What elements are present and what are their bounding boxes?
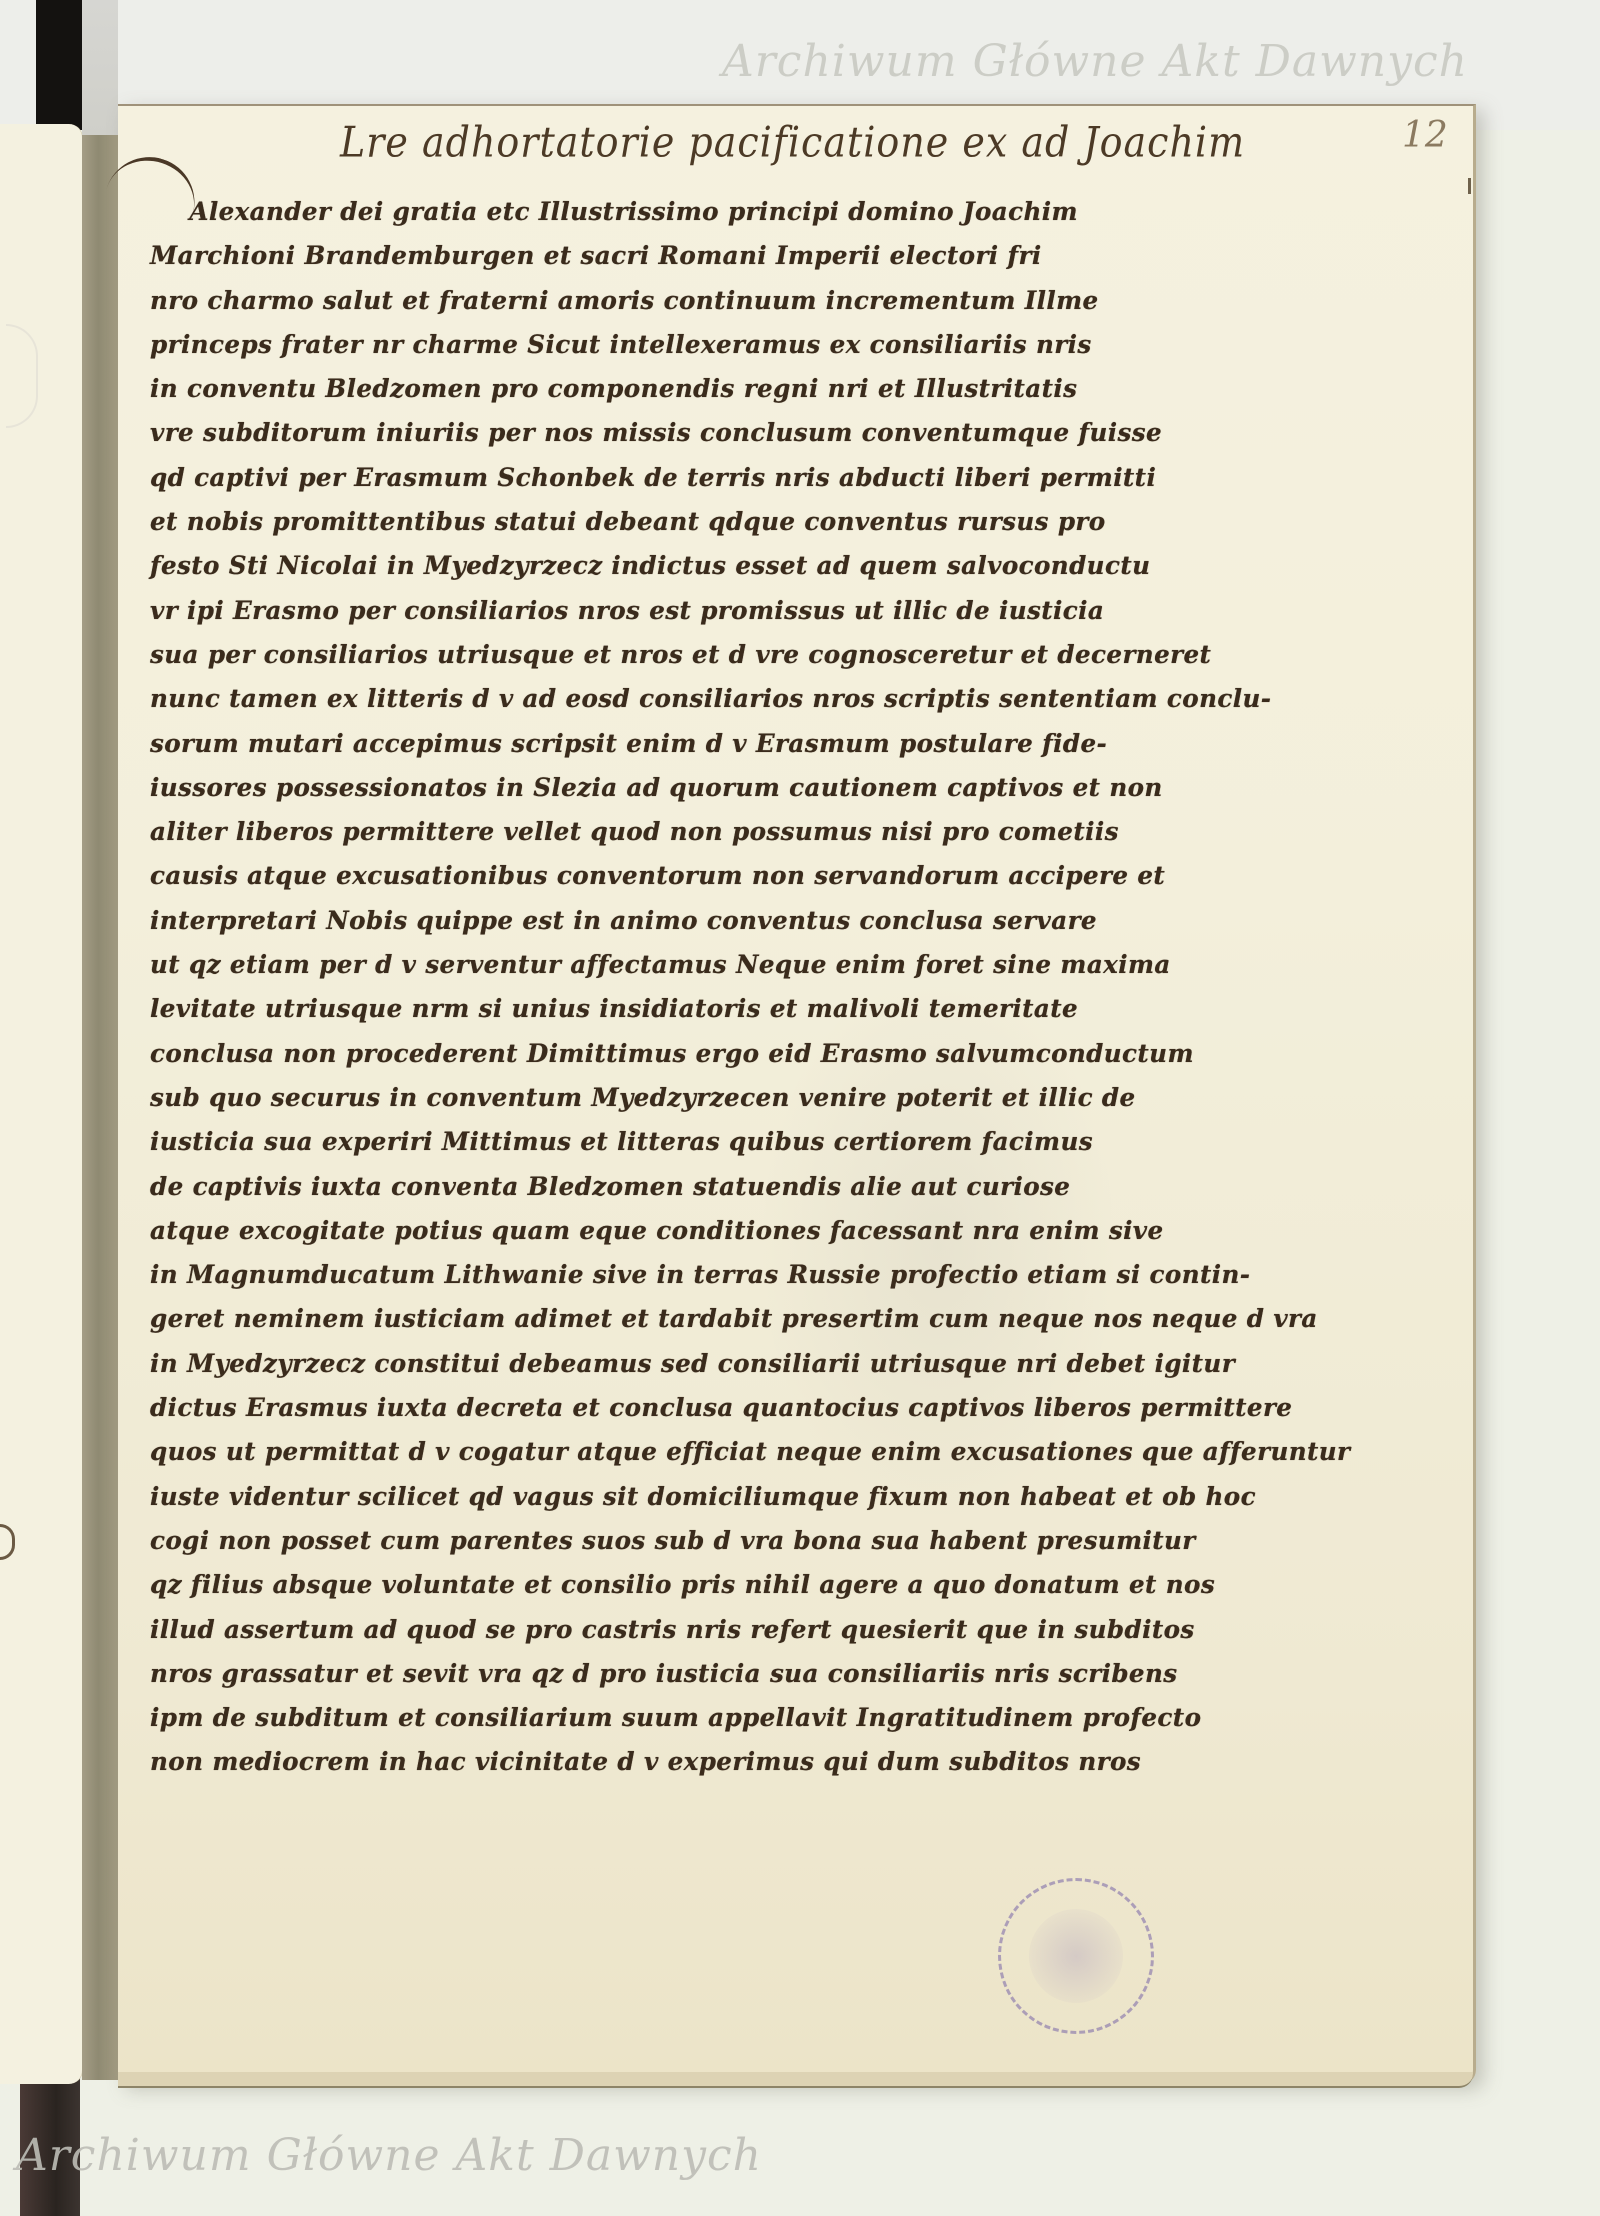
- binding-shadow: [36, 0, 82, 130]
- manuscript-line: vr ipi Erasmo per consiliarios nros est …: [150, 589, 1419, 633]
- manuscript-line: ut qz etiam per d v serventur affectamus…: [150, 943, 1419, 987]
- manuscript-line: geret neminem iusticiam adimet et tardab…: [150, 1297, 1419, 1341]
- manuscript-line: iuste videntur scilicet qd vagus sit dom…: [150, 1475, 1419, 1519]
- manuscript-line: nunc tamen ex litteris d v ad eosd consi…: [150, 677, 1419, 721]
- left-page-edge: [0, 124, 83, 2084]
- bleed-through-mark: [6, 324, 38, 428]
- manuscript-line: qz filius absque voluntate et consilio p…: [150, 1563, 1419, 1607]
- manuscript-line: Alexander dei gratia etc Illustrissimo p…: [150, 190, 1419, 234]
- manuscript-line: princeps frater nr charme Sicut intellex…: [150, 323, 1419, 367]
- stamp-eagle-icon: [1029, 1909, 1123, 2003]
- manuscript-line: cogi non posset cum parentes suos sub d …: [150, 1519, 1419, 1563]
- manuscript-line: in Myedzyrzecz constitui debeamus sed co…: [150, 1342, 1419, 1386]
- manuscript-line: festo Sti Nicolai in Myedzyrzecz indictu…: [150, 544, 1419, 588]
- page-bottom-edge: [118, 2072, 1473, 2088]
- manuscript-line: levitate utriusque nrm si unius insidiat…: [150, 987, 1419, 1031]
- gutter-top: [82, 0, 118, 135]
- manuscript-line: sub quo securus in conventum Myedzyrzece…: [150, 1076, 1419, 1120]
- manuscript-line: iusticia sua experiri Mittimus et litter…: [150, 1120, 1419, 1164]
- manuscript-line: nro charmo salut et fraterni amoris cont…: [150, 279, 1419, 323]
- page-edge-tick: [1468, 178, 1471, 194]
- manuscript-line: conclusa non procederent Dimittimus ergo…: [150, 1032, 1419, 1076]
- manuscript-line: qd captivi per Erasmum Schonbek de terri…: [150, 456, 1419, 500]
- ink-mark: [0, 1524, 15, 1560]
- manuscript-line: sua per consiliarios utriusque et nros e…: [150, 633, 1419, 677]
- folio-number: 12: [1402, 115, 1448, 156]
- watermark-top: Archiwum Główne Akt Dawnych: [722, 36, 1468, 87]
- manuscript-line: sorum mutari accepimus scripsit enim d v…: [150, 722, 1419, 766]
- manuscript-line: Marchioni Brandemburgen et sacri Romani …: [150, 234, 1419, 278]
- manuscript-line: nros grassatur et sevit vra qz d pro ius…: [150, 1652, 1419, 1696]
- manuscript-line: atque excogitate potius quam eque condit…: [150, 1209, 1419, 1253]
- manuscript-text: Alexander dei gratia etc Illustrissimo p…: [150, 190, 1440, 1785]
- manuscript-line: et nobis promittentibus statui debeant q…: [150, 500, 1419, 544]
- manuscript-line: causis atque excusationibus conventorum …: [150, 854, 1419, 898]
- manuscript-line: in Magnumducatum Lithwanie sive in terra…: [150, 1253, 1419, 1297]
- watermark-bottom: Archiwum Główne Akt Dawnych: [16, 2130, 762, 2181]
- manuscript-line: ipm de subditum et consiliarium suum app…: [150, 1696, 1419, 1740]
- manuscript-heading: Lre adhortatorie pacificatione ex ad Joa…: [340, 118, 1245, 166]
- manuscript-line: interpretari Nobis quippe est in animo c…: [150, 899, 1419, 943]
- manuscript-line: dictus Erasmus iuxta decreta et conclusa…: [150, 1386, 1419, 1430]
- manuscript-line: quos ut permittat d v cogatur atque effi…: [150, 1430, 1419, 1474]
- archive-stamp-icon: [998, 1878, 1154, 2034]
- book-gutter: [82, 135, 118, 2080]
- manuscript-line: de captivis iuxta conventa Bledzomen sta…: [150, 1165, 1419, 1209]
- manuscript-line: non mediocrem in hac vicinitate d v expe…: [150, 1740, 1419, 1784]
- manuscript-line: vre subditorum iniuriis per nos missis c…: [150, 411, 1419, 455]
- manuscript-line: illud assertum ad quod se pro castris nr…: [150, 1608, 1419, 1652]
- manuscript-line: iussores possessionatos in Slezia ad quo…: [150, 766, 1419, 810]
- manuscript-line: aliter liberos permittere vellet quod no…: [150, 810, 1419, 854]
- manuscript-line: in conventu Bledzomen pro componendis re…: [150, 367, 1419, 411]
